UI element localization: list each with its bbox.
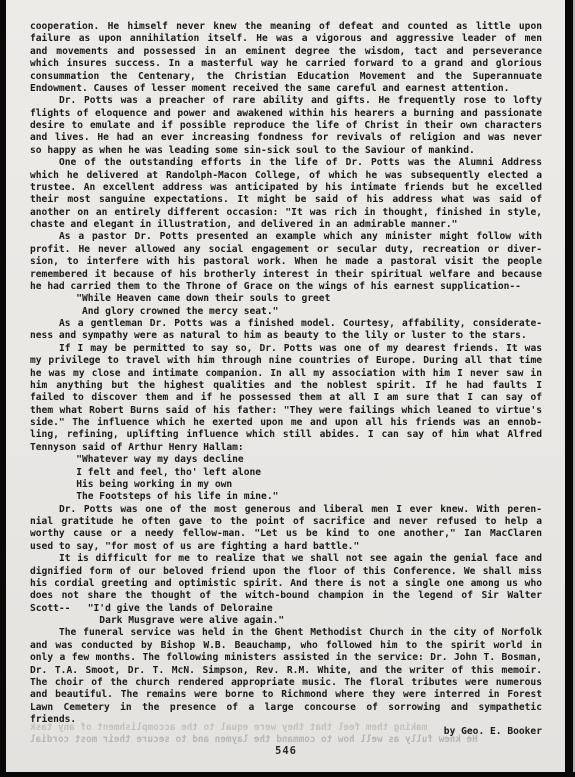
text-line: and lives. He had an ever increasing fon… [30, 132, 542, 144]
text-line: so happy as when he was leading some sin… [30, 145, 542, 157]
text-line: Lawn Cemetery in the presence of a large… [30, 702, 542, 714]
text-line: friends. [30, 714, 542, 726]
text-line: which he delivered at Randolph-Macon Col… [30, 170, 542, 182]
verse-line: His being working in my own [30, 479, 542, 491]
text-line: chaste and elegant in illustration, and … [30, 219, 542, 231]
text-line: their most sanguine expectations. It mig… [30, 194, 542, 206]
verse-line: "While Heaven came down their souls to g… [30, 293, 542, 305]
verse-line: I felt and feel, tho' left alone [30, 467, 542, 479]
text-line: trustee. An excellent address was antici… [30, 182, 542, 194]
text-line: remembered it because of his brotherly i… [30, 269, 542, 281]
text-line: desire to emulate and if possible reprod… [30, 120, 542, 132]
text-line: side." The influence which he exerted up… [30, 417, 542, 429]
text-line: and movements and possessed in an eminen… [30, 46, 542, 58]
verse-line: Scott-- "I'd give the lands of Deloraine [30, 603, 542, 615]
text-line: cooperation. He himself never knew the m… [30, 21, 542, 33]
text-line: another on an entirely different occasio… [30, 207, 542, 219]
scan-edge-left [0, 0, 6, 777]
text-line: Dr. Potts was a preacher of rare ability… [30, 95, 542, 107]
text-line: As a gentleman Dr. Potts was a finished … [30, 318, 542, 330]
text-line: his cordial greeting and optimistic spir… [30, 578, 542, 590]
text-line: them what Robert Burns said of his fathe… [30, 405, 542, 417]
text-line: Dr. Potts was one of the most generous a… [30, 504, 542, 516]
scanned-page: making them feel that they were equal to… [0, 0, 575, 777]
text-line: my privilege to travel with him through … [30, 355, 542, 367]
text-line: sion, to interfere with his pastoral wor… [30, 256, 542, 268]
text-line: Tennyson said of Arthur Henry Hallam: [30, 442, 542, 454]
text-line: does not share the thought of the witch-… [30, 590, 542, 602]
text-line: flights of eloquence and power and awake… [30, 108, 542, 120]
verse-line: "Whatever way my days decline [30, 454, 542, 466]
text-line: him anything but the highest qualities a… [30, 380, 542, 392]
verse-line: The Footsteps of his life in mine." [30, 491, 542, 503]
page-number: 546 [30, 745, 542, 757]
text-line: he had carried them to the Throne of Gra… [30, 281, 542, 293]
text-line: consummation the Centenary, the Christia… [30, 71, 542, 83]
text-line: nial gratitude he often gave to the poin… [30, 516, 542, 528]
scan-edge-right [565, 0, 573, 777]
text-line: which insures success. In a masterful wa… [30, 58, 542, 70]
memoir-text: cooperation. He himself never knew the m… [30, 21, 542, 739]
text-line: One of the outstanding efforts in the li… [30, 157, 542, 169]
signature: by Geo. E. Booker [30, 726, 542, 738]
scan-edge-bottom [0, 772, 575, 777]
text-line: It is difficult for me to realize that w… [30, 553, 542, 565]
verse-line: Dark Musgrave were alive again." [30, 615, 542, 627]
text-line: profit. He never allowed any social enga… [30, 244, 542, 256]
text-line: Dr. T.A. Smoot, Dr. T. McN. Simpson, Rev… [30, 665, 542, 677]
verse-line: And glory crowned the mercy seat." [30, 306, 542, 318]
text-line: ness and sympathy were as natural to him… [30, 330, 542, 342]
text-line: and beautiful. The remains were borne to… [30, 689, 542, 701]
text-line: failure as upon annihilation itself. He … [30, 33, 542, 45]
text-line: dignified form of our beloved friend upo… [30, 566, 542, 578]
text-line: ling, refining, uplifting influence whic… [30, 429, 542, 441]
text-line: Endowment. Causes of lesser moment recei… [30, 83, 542, 95]
text-line: he was my close and intimate companion. … [30, 368, 542, 380]
text-line: As a pastor Dr. Potts presented an examp… [30, 231, 542, 243]
text-line: only a few months. The following ministe… [30, 652, 542, 664]
text-line: failed to discover them and if he posses… [30, 392, 542, 404]
text-line: used to say, "for most of us are fightin… [30, 541, 542, 553]
text-line: If I may be permitted to say so, Dr. Pot… [30, 343, 542, 355]
text-line: and was conducted by Bishop W.B. Beaucha… [30, 640, 542, 652]
text-line: worthy cause or a needy fellow-man. "Let… [30, 528, 542, 540]
text-line: The choir of the church rendered appropr… [30, 677, 542, 689]
text-line: The funeral service was held in the Ghen… [30, 627, 542, 639]
